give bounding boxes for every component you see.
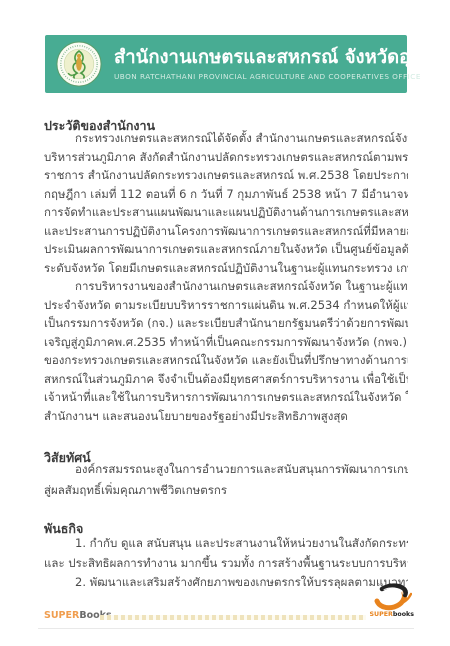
text-line: เจ้าหน้าที่และใช้ในการบริหารการพัฒนาการเ… [44,388,408,407]
text-line: การบริหารงานของสำนักงานเกษตรและสหกรณ์จัง… [44,277,408,296]
text-line: ของกระทรวงเกษตรและสหกรณ์ในจังหวัด และยัง… [44,351,408,370]
text-line: ประเมินผลการพัฒนาการเกษตรและสหกรณ์ภายในจ… [44,240,408,259]
text-line: กระทรวงเกษตรและสหกรณ์ได้จัดตั้ง สำนักงาน… [44,129,408,148]
header-text-block: สำนักงานเกษตรและสหกรณ์ จังหวัดอุบลราชธาน… [114,35,404,93]
mission-item-line: และ ประสิทธิผลการทำงาน มากขึ้น รวมทั้ง ก… [44,554,408,574]
text-line: เจริญสู่ภูมิภาคพ.ศ.2535 ทำหน้าที่เป็นคณะ… [44,333,408,352]
text-line: ราชการ สำนักงานปลัดกระทรวงเกษตรและสหกรณ์… [44,166,408,185]
text-line: เป็นกรรมการจังหวัด (กจ.) และระเบียบสำนัก… [44,314,408,333]
text-line: ประจำจังหวัด ตามระเบียบบริหารราชการแผ่นด… [44,296,408,315]
text-line: กฤษฎีกา เล่มที่ 112 ตอนที่ 6 ก วันที่ 7 … [44,185,408,204]
office-subtitle-english: UBON RATCHATHANI PROVINCIAL AGRICULTURE … [114,72,404,81]
wordmark-super: SUPER [369,611,392,618]
wordmark-books: books [393,611,414,618]
office-title-thai: สำนักงานเกษตรและสหกรณ์ จังหวัดอุบลราชธาน… [114,47,404,69]
text-line: สำนักงานฯ และสนองนโยบายของรัฐอย่างมีประส… [44,407,408,426]
vision-paragraph: องค์กรสมรรถนะสูงในการอำนวยการและสนับสนุน… [44,459,408,500]
text-line: ระดับจังหวัด โดยมีเกษตรและสหกรณ์ปฏิบัติง… [44,259,408,278]
mission-item-line: 2. พัฒนาและเสริมสร้างศักยภาพของเกษตรกรให… [44,573,408,593]
footer-dashed-divider [100,615,366,620]
mission-list: 1. กำกับ ดูแล สนับสนุน และประสานงานให้หน… [44,534,408,593]
mission-item-line: 1. กำกับ ดูแล สนับสนุน และประสานงานให้หน… [44,534,408,554]
text-line: และประสานการปฏิบัติงานโครงการพัฒนาการเกษ… [44,222,408,241]
history-paragraph-1: กระทรวงเกษตรและสหกรณ์ได้จัดตั้ง สำนักงาน… [44,129,408,277]
text-line: องค์กรสมรรถนะสูงในการอำนวยการและสนับสนุน… [44,459,408,480]
office-seal-logo-icon [56,41,102,87]
watermark-super: SUPER [44,610,79,621]
superbooks-logo-wordmark: SUPERbooks [366,611,414,618]
text-line: การจัดทำและประสานแผนพัฒนาและแผนปฏิบัติงา… [44,203,408,222]
text-line: บริหารส่วนภูมิภาค สังกัดสำนักงานปลัดกระท… [44,148,408,167]
history-paragraph-2: การบริหารงานของสำนักงานเกษตรและสหกรณ์จัง… [44,277,408,425]
footer-divider-line [38,628,414,629]
ebook-page: สำนักงานเกษตรและสหกรณ์ จังหวัดอุบลราชธาน… [0,0,450,646]
office-header-banner: สำนักงานเกษตรและสหกรณ์ จังหวัดอุบลราชธาน… [45,35,407,93]
text-line: สหกรณ์ในส่วนภูมิภาค จึงจำเป็นต้องมียุทธศ… [44,370,408,389]
superbooks-logo-icon [370,582,412,611]
text-line: สู่ผลสัมฤทธิ์เพิ่มคุณภาพชีวิตเกษตรกร [44,480,408,501]
